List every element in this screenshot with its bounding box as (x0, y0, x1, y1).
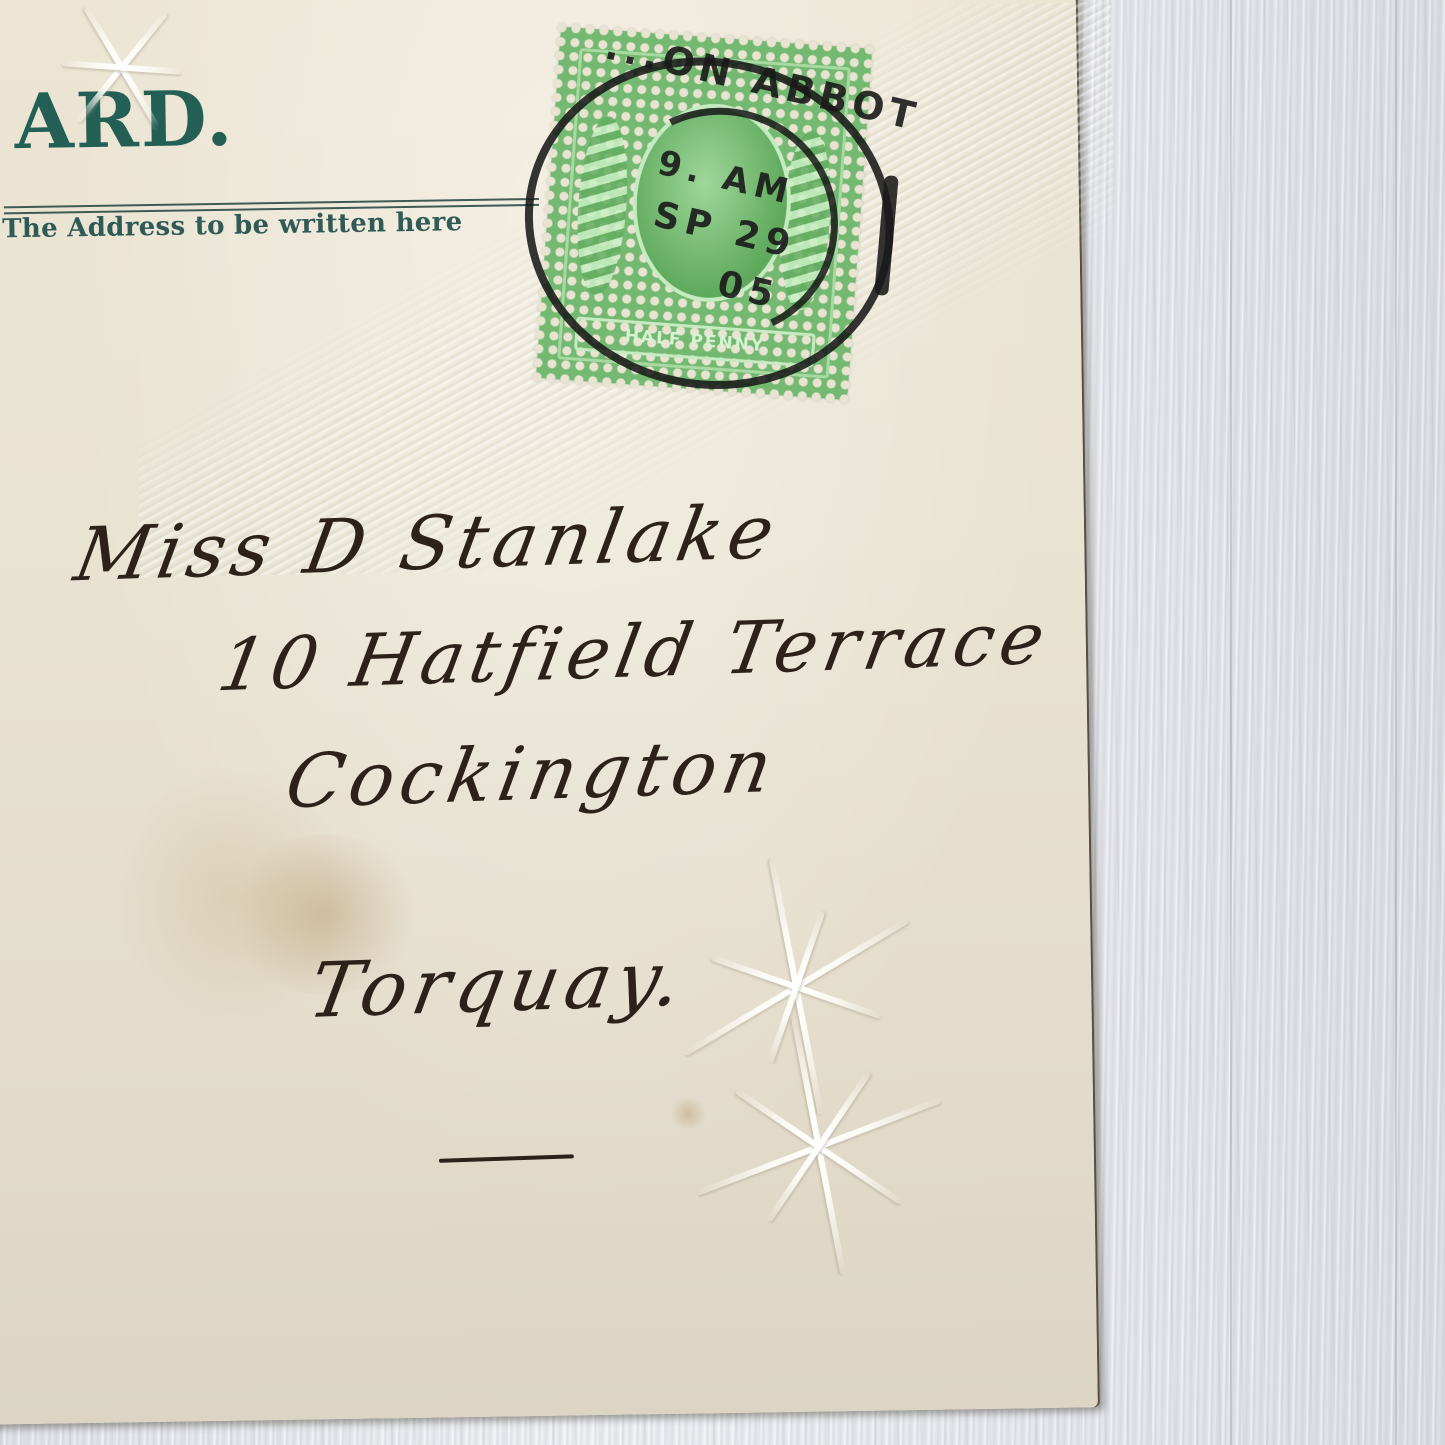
paper-stain (668, 1098, 708, 1129)
wood-plank-seam (1230, 0, 1232, 1445)
address-underline (439, 1154, 574, 1162)
address-village: Cockington (279, 723, 784, 825)
postcard-header-text: ARD. (14, 74, 235, 166)
wood-plank-seam (1395, 0, 1397, 1445)
address-street: 10 Hatfield Terrace (212, 596, 1057, 708)
postcard: ARD. The Address to be written here HALF… (0, 0, 1098, 1425)
address-town: Torquay. (303, 933, 695, 1035)
